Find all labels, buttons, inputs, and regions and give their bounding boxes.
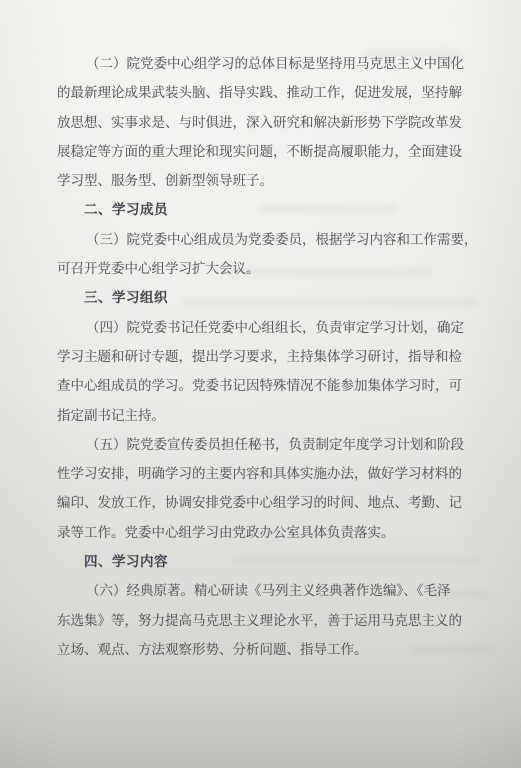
doc-line: 录等工作。党委中心组学习由党政办公室具体负责落实。 xyxy=(57,518,464,547)
doc-line: 展稳定等方面的重大理论和现实问题，不断提高履职能力，全面建设 xyxy=(57,137,464,166)
doc-line: （五）院党委宣传委员担任秘书，负责制定年度学习计划和阶段 xyxy=(57,430,464,459)
doc-line: 放思想、实事求是、与时俱进，深入研究和解决新形势下学院改革发 xyxy=(57,108,464,137)
scanned-document-page: （二）院党委中心组学习的总体目标是坚持用马克思主义中国化 的最新理论成果武装头脑… xyxy=(0,0,521,768)
section-heading-study-content: 四、学习内容 xyxy=(57,547,464,576)
doc-line: 编印、发放工作，协调安排党委中心组学习的时间、地点、考勤、记 xyxy=(57,488,464,517)
doc-line: 立场、观点、方法观察形势、分析问题、指导工作。 xyxy=(57,635,464,664)
doc-line: 可召开党委中心组学习扩大会议。 xyxy=(57,254,464,283)
document-text-block: （二）院党委中心组学习的总体目标是坚持用马克思主义中国化 的最新理论成果武装头脑… xyxy=(57,49,464,664)
doc-line: 指定副书记主持。 xyxy=(57,401,464,430)
doc-line: （二）院党委中心组学习的总体目标是坚持用马克思主义中国化 xyxy=(57,49,464,78)
doc-line: 学习型、服务型、创新型领导班子。 xyxy=(57,166,464,195)
section-heading-study-members: 二、学习成员 xyxy=(57,195,464,224)
doc-line: 东选集》等，努力提高马克思主义理论水平，善于运用马克思主义的 xyxy=(57,606,464,635)
doc-line: （三）院党委中心组成员为党委委员，根据学习内容和工作需要， xyxy=(57,225,464,254)
doc-line: （四）院党委书记任党委中心组组长，负责审定学习计划，确定 xyxy=(57,313,464,342)
doc-line: 性学习安排，明确学习的主要内容和具体实施办法，做好学习材料的 xyxy=(57,459,464,488)
doc-line: 的最新理论成果武装头脑、指导实践、推动工作，促进发展，坚持解 xyxy=(57,78,464,107)
doc-line: （六）经典原著。精心研读《马列主义经典著作选编》、《毛泽 xyxy=(57,576,464,605)
doc-line: 学习主题和研讨专题，提出学习要求，主持集体学习研讨，指导和检 xyxy=(57,342,464,371)
section-heading-study-organization: 三、学习组织 xyxy=(57,283,464,312)
doc-line: 查中心组成员的学习。党委书记因特殊情况不能参加集体学习时，可 xyxy=(57,371,464,400)
